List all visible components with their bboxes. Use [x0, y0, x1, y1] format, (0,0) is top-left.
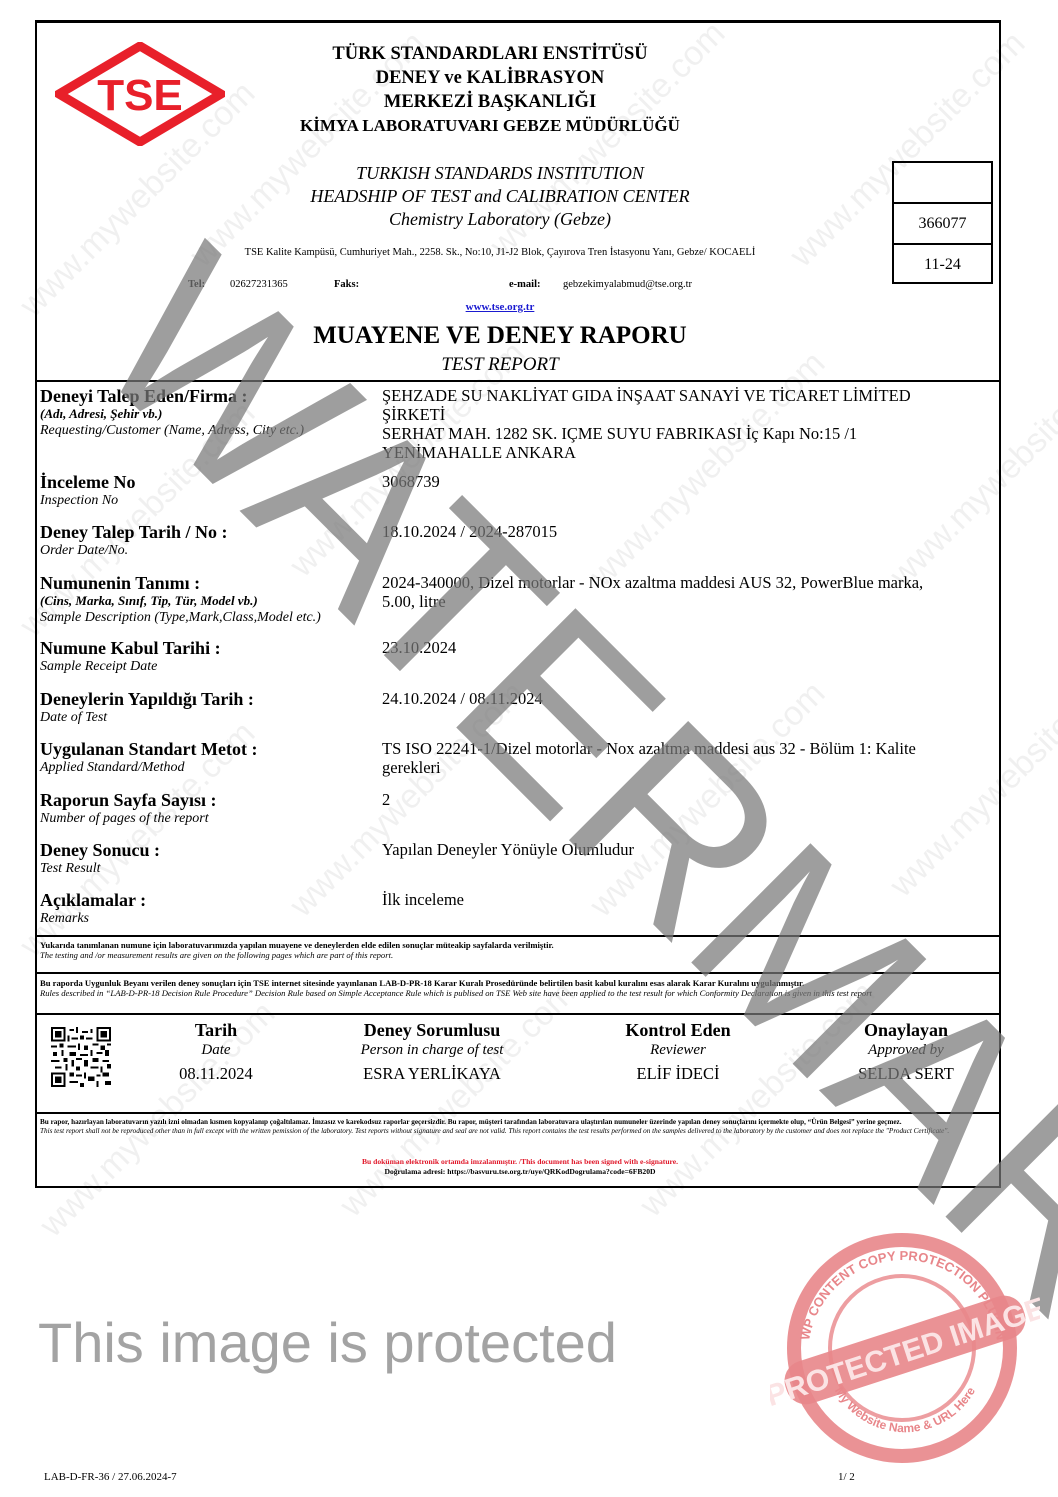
fax-label: Faks:: [334, 279, 359, 290]
top-rule: [35, 20, 1001, 23]
website-link[interactable]: www.tse.org.tr: [440, 301, 560, 313]
legal-notice: Bu rapor, hazırlayan laboratuvarın yazıl…: [40, 1118, 995, 1136]
report-subtitle: TEST REPORT: [340, 354, 660, 376]
report-number: 366077: [894, 204, 991, 245]
form-code: LAB-D-FR-36 / 27.06.2024-7: [44, 1471, 177, 1483]
page-number: 1/ 2: [838, 1471, 855, 1483]
e-signature-notice: Bu doküman elektronik ortamda imzalanmış…: [240, 1157, 800, 1177]
report-period: 11-24: [894, 245, 991, 284]
report-id-box: 366077 11-24: [892, 161, 993, 284]
signature-person-in-charge: Deney Sorumlusu Person in charge of test…: [332, 1019, 532, 1089]
signature-date: Tarih Date 08.11.2024: [116, 1019, 316, 1089]
signature-approver: Onaylayan Approved by SELDA SERT: [806, 1019, 1006, 1089]
divider: [35, 380, 1001, 382]
verification-url[interactable]: Doğrulama adresi: https://basvuru.tse.or…: [240, 1167, 800, 1177]
tel-value: 02627231365: [230, 279, 288, 290]
qr-code-icon[interactable]: [51, 1026, 111, 1088]
divider: [35, 935, 1001, 937]
divider: [35, 972, 1001, 974]
results-note: Yukarıda tanımlanan numune için laboratu…: [40, 940, 995, 960]
id-box-empty: [894, 163, 991, 204]
email-label: e-mail:: [509, 279, 541, 290]
protection-stamp-icon: WP CONTENT COPY PROTECTION PLUGIN My Web…: [770, 1230, 1040, 1470]
report-title: MUAYENE VE DENEY RAPORU: [230, 322, 770, 350]
divider: [35, 1013, 1001, 1015]
svg-text:TSE: TSE: [97, 71, 183, 120]
svg-text:My Website Name & URL Here: My Website Name & URL Here: [832, 1384, 978, 1435]
tel-label: Tel:: [188, 279, 205, 290]
tse-logo-icon: TSE: [55, 42, 225, 146]
email-value[interactable]: gebzekimyalabmud@tse.org.tr: [563, 279, 692, 290]
lab-address: TSE Kalite Kampüsü, Cumhuriyet Mah., 225…: [120, 247, 880, 258]
divider: [35, 1112, 1001, 1114]
protected-notice: This image is protected: [38, 1310, 617, 1375]
institute-name-en: TURKISH STANDARDS INSTITUTION HEADSHIP O…: [250, 162, 750, 231]
decision-rule-note: Bu raporda Uygunluk Beyanı verilen deney…: [40, 978, 995, 998]
signature-reviewer: Kontrol Eden Reviewer ELİF İDECİ: [578, 1019, 778, 1089]
institute-name-tr: TÜRK STANDARDLARI ENSTİTÜSÜ DENEY ve KAL…: [240, 42, 740, 138]
